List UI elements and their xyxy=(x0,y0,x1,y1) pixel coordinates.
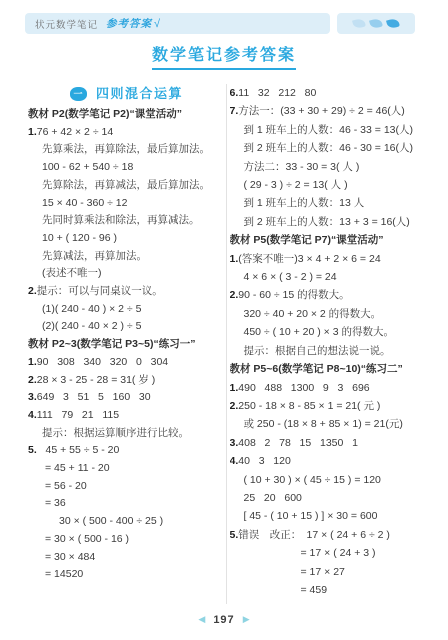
answer-line: 320 ÷ 40 + 20 × 2 的得数大。 xyxy=(230,305,427,323)
leaf-icon xyxy=(352,18,366,30)
answer-line-text: 490 488 1300 9 3 696 xyxy=(238,382,369,394)
answer-line-text: 教材 P5~6(数学笔记 P8~10)“练习二” xyxy=(230,363,403,375)
answer-line-text: (1)( 240 - 40 ) × 2 ÷ 5 xyxy=(42,303,141,315)
right-column-lines: 6.11 32 212 807.方法一：(33 + 30 + 29) ÷ 2 =… xyxy=(230,84,427,599)
answer-line: 到 1 班车上的人数：46 - 33 = 13(人) xyxy=(230,121,427,139)
answer-line-number: 3. xyxy=(230,437,239,449)
answer-line-number: 1. xyxy=(28,356,37,368)
answer-line-number: 6. xyxy=(230,87,239,99)
answer-line-number: 7. xyxy=(230,105,239,117)
answer-line-text: = 30 × 484 xyxy=(45,551,95,563)
section-header: 一 四则混合运算 xyxy=(28,84,225,104)
page-number: 197 xyxy=(213,614,234,626)
leaf-icon xyxy=(386,18,400,30)
answer-line-number: 5. xyxy=(28,444,37,456)
answer-line: 15 × 40 - 360 ÷ 12 xyxy=(28,195,225,213)
column-divider xyxy=(226,84,227,604)
answer-line-text: 提示：根据运算顺序进行比较。 xyxy=(42,427,189,439)
answer-line: = 56 - 20 xyxy=(28,478,225,496)
answer-line: 2.提示：可以与同桌议一议。 xyxy=(28,283,225,301)
answer-line: 450 ÷ ( 10 + 20 ) × 3 的得数大。 xyxy=(230,323,427,341)
section-one-icon: 一 xyxy=(70,87,87,101)
answer-line: = 45 + 11 - 20 xyxy=(28,460,225,478)
answer-line: 教材 P5(数学笔记 P7)“课堂活动” xyxy=(230,231,427,249)
answer-line: 到 2 班车上的人数：46 - 30 = 16(人) xyxy=(230,139,427,157)
answer-line-text: ( 10 + 30 ) × ( 45 ÷ 15 ) = 120 xyxy=(244,474,381,486)
page-title: 数学笔记参考答案 xyxy=(152,42,296,70)
answer-line-text: ( 29 - 3 ) ÷ 2 = 13( 人 ) xyxy=(244,179,348,191)
answer-line: 到 2 班车上的人数：13 + 3 = 16(人) xyxy=(230,213,427,231)
answer-line-number: 2. xyxy=(230,289,239,301)
answer-line-text: 先同时算乘法和除法，再算减法。 xyxy=(42,214,200,226)
answer-line: = 30 × 484 xyxy=(28,549,225,567)
answer-line-text: 提示：可以与同桌议一议。 xyxy=(37,285,163,297)
answer-line: 先算乘法，再算除法，最后算加法。 xyxy=(28,141,225,159)
answer-line: 先算除法，再算减法，最后算加法。 xyxy=(28,177,225,195)
answer-line: 5. 45 + 55 ÷ 5 - 20 xyxy=(28,442,225,460)
answer-line: 2.250 - 18 × 8 - 85 × 1 = 21( 元 ) xyxy=(230,397,427,415)
answer-line-text: 方法二：33 - 30 = 3( 人 ) xyxy=(244,161,360,173)
answer-line: 1.(答案不唯一)3 × 4 + 2 × 6 = 24 xyxy=(230,250,427,268)
header-band: 状元数学笔记 参考答案 √ xyxy=(25,13,330,34)
answer-line-text: 40 3 120 xyxy=(238,455,291,467)
answer-line-text: 先算除法，再算减法，最后算加法。 xyxy=(42,179,210,191)
answer-line-text: = 14520 xyxy=(45,568,83,580)
answer-line: 3.408 2 78 15 1350 1 xyxy=(230,434,427,452)
prev-page-icon[interactable]: ◀ xyxy=(198,614,205,624)
answer-line-number: 1. xyxy=(230,382,239,394)
answer-line-text: 或 250 - (18 × 8 + 85 × 1) = 21(元) xyxy=(244,418,403,430)
answer-line: 1.90 308 340 320 0 304 xyxy=(28,354,225,372)
answer-line-text: 15 × 40 - 360 ÷ 12 xyxy=(42,197,127,209)
answer-line-text: 250 - 18 × 8 - 85 × 1 = 21( 元 ) xyxy=(238,400,380,412)
answer-line: 教材 P2~3(数学笔记 P3~5)“练习一” xyxy=(28,336,225,354)
answers-content: 一 四则混合运算 教材 P2(数学笔记 P2)“课堂活动”1.76 + 42 ×… xyxy=(28,84,426,604)
next-page-icon[interactable]: ▶ xyxy=(243,614,250,624)
answer-line-number: 4. xyxy=(28,409,37,421)
answer-line: 教材 P5~6(数学笔记 P8~10)“练习二” xyxy=(230,360,427,378)
answer-line-text: 先算乘法，再算除法，最后算加法。 xyxy=(42,143,210,155)
left-column-lines: 教材 P2(数学笔记 P2)“课堂活动”1.76 + 42 × 2 ÷ 14先算… xyxy=(28,106,225,584)
answer-line: (1)( 240 - 40 ) × 2 ÷ 5 xyxy=(28,301,225,319)
answer-line-text: 教材 P2~3(数学笔记 P3~5)“练习一” xyxy=(28,338,195,350)
answer-line-text: 错误 改正： 17 × ( 24 + 6 ÷ 2 ) xyxy=(238,529,390,541)
answer-line-text: 450 ÷ ( 10 + 20 ) × 3 的得数大。 xyxy=(244,326,395,338)
answer-line-number: 2. xyxy=(230,400,239,412)
answer-line-number: 5. xyxy=(230,529,239,541)
answer-line: = 30 × ( 500 - 16 ) xyxy=(28,531,225,549)
answer-line: 提示：根据自己的想法说一说。 xyxy=(230,342,427,360)
page-nav: ◀ 197 ▶ xyxy=(0,614,448,626)
answer-line: 教材 P2(数学笔记 P2)“课堂活动” xyxy=(28,106,225,124)
answer-line-text: (2)( 240 - 40 × 2 ) ÷ 5 xyxy=(42,320,141,332)
answer-line-text: 111 79 21 115 xyxy=(37,409,119,421)
answer-line: 100 - 62 + 540 ÷ 18 xyxy=(28,159,225,177)
answer-line: = 459 xyxy=(230,581,427,599)
answer-line-text: 11 32 212 80 xyxy=(238,87,316,99)
answer-line: = 36 xyxy=(28,495,225,513)
answer-line: 1.490 488 1300 9 3 696 xyxy=(230,379,427,397)
leaf-icon xyxy=(369,18,383,30)
answer-line-text: 4 × 6 × ( 3 - 2 ) = 24 xyxy=(244,271,337,283)
answer-line: 1.76 + 42 × 2 ÷ 14 xyxy=(28,124,225,142)
answer-line-text: 25 20 600 xyxy=(244,492,302,504)
answer-line-text: = 459 xyxy=(301,584,328,596)
top-bar: 状元数学笔记 参考答案 √ xyxy=(25,13,415,34)
answer-line-text: 30 × ( 500 - 400 ÷ 25 ) xyxy=(59,515,163,527)
answer-line-text: 28 × 3 - 25 - 28 = 31( 岁 ) xyxy=(37,374,155,386)
answer-line-text: 到 1 班车上的人数：46 - 33 = 13(人) xyxy=(244,124,414,136)
answer-line-text: 到 2 班车上的人数：13 + 3 = 16(人) xyxy=(244,216,410,228)
answer-line-text: 100 - 62 + 540 ÷ 18 xyxy=(42,161,133,173)
answer-line-text: 教材 P2(数学笔记 P2)“课堂活动” xyxy=(28,108,182,120)
answer-line-text: = 17 × ( 24 + 3 ) xyxy=(301,547,376,559)
answer-line-text: 到 1 班车上的人数：13 人 xyxy=(244,197,365,209)
answer-line: (表述不唯一) xyxy=(28,265,225,283)
answer-line: 先算减法，再算加法。 xyxy=(28,248,225,266)
answer-line-text: 90 308 340 320 0 304 xyxy=(37,356,168,368)
answer-line-text: (答案不唯一)3 × 4 + 2 × 6 = 24 xyxy=(238,253,380,265)
answer-line-number: 4. xyxy=(230,455,239,467)
answer-line-text: 教材 P5(数学笔记 P7)“课堂活动” xyxy=(230,234,384,246)
answer-line-text: 到 2 班车上的人数：46 - 30 = 16(人) xyxy=(244,142,414,154)
answer-line-text: 45 + 55 ÷ 5 - 20 xyxy=(37,444,120,456)
section-title: 四则混合运算 xyxy=(96,86,183,101)
header-answers-label: 参考答案 xyxy=(106,16,152,31)
answer-line-text: = 30 × ( 500 - 16 ) xyxy=(45,533,129,545)
answer-line: 3.649 3 51 5 160 30 xyxy=(28,389,225,407)
leaves-badge xyxy=(337,13,415,34)
answer-line-number: 1. xyxy=(230,253,239,265)
left-column: 一 四则混合运算 教材 P2(数学笔记 P2)“课堂活动”1.76 + 42 ×… xyxy=(28,84,225,604)
answer-line-text: 10 + ( 120 - 96 ) xyxy=(42,232,117,244)
answer-line: = 14520 xyxy=(28,566,225,584)
answer-line-number: 2. xyxy=(28,374,37,386)
answer-line-text: 76 + 42 × 2 ÷ 14 xyxy=(37,126,113,138)
answer-line-text: 90 - 60 ÷ 15 的得数大。 xyxy=(238,289,349,301)
answer-line: 6.11 32 212 80 xyxy=(230,84,427,102)
answer-line-text: 提示：根据自己的想法说一说。 xyxy=(244,345,391,357)
answer-line: (2)( 240 - 40 × 2 ) ÷ 5 xyxy=(28,318,225,336)
answer-line: 方法二：33 - 30 = 3( 人 ) xyxy=(230,158,427,176)
answer-line: ( 10 + 30 ) × ( 45 ÷ 15 ) = 120 xyxy=(230,471,427,489)
answer-line: 4 × 6 × ( 3 - 2 ) = 24 xyxy=(230,268,427,286)
check-mark-icon: √ xyxy=(154,18,160,30)
answer-line: 到 1 班车上的人数：13 人 xyxy=(230,194,427,212)
answer-line: [ 45 - ( 10 + 15 ) ] × 30 = 600 xyxy=(230,507,427,525)
answer-line: 2.90 - 60 ÷ 15 的得数大。 xyxy=(230,286,427,304)
answer-line-text: 先算减法，再算加法。 xyxy=(42,250,147,262)
answer-line: ( 29 - 3 ) ÷ 2 = 13( 人 ) xyxy=(230,176,427,194)
answer-line: 30 × ( 500 - 400 ÷ 25 ) xyxy=(28,513,225,531)
right-column: 6.11 32 212 807.方法一：(33 + 30 + 29) ÷ 2 =… xyxy=(230,84,427,604)
brand-text: 状元数学笔记 xyxy=(35,17,98,31)
answer-line-number: 1. xyxy=(28,126,37,138)
answer-line-text: = 56 - 20 xyxy=(45,480,87,492)
answer-line: 10 + ( 120 - 96 ) xyxy=(28,230,225,248)
answer-line: 5.错误 改正： 17 × ( 24 + 6 ÷ 2 ) xyxy=(230,526,427,544)
answer-line-number: 2. xyxy=(28,285,37,297)
answer-line-text: = 45 + 11 - 20 xyxy=(45,462,110,474)
answer-line-text: [ 45 - ( 10 + 15 ) ] × 30 = 600 xyxy=(244,510,378,522)
answer-line-text: = 36 xyxy=(45,497,66,509)
answer-line-text: (表述不唯一) xyxy=(42,267,102,279)
answer-line: = 17 × ( 24 + 3 ) xyxy=(230,544,427,562)
answer-line-text: 408 2 78 15 1350 1 xyxy=(238,437,358,449)
answer-line: 或 250 - (18 × 8 + 85 × 1) = 21(元) xyxy=(230,415,427,433)
answer-line-number: 3. xyxy=(28,391,37,403)
answer-line-text: 320 ÷ 40 + 20 × 2 的得数大。 xyxy=(244,308,382,320)
answer-line: 4.40 3 120 xyxy=(230,452,427,470)
answer-line: = 17 × 27 xyxy=(230,563,427,581)
answer-line: 2.28 × 3 - 25 - 28 = 31( 岁 ) xyxy=(28,372,225,390)
answer-line: 先同时算乘法和除法，再算减法。 xyxy=(28,212,225,230)
answer-line: 25 20 600 xyxy=(230,489,427,507)
answer-line-text: 方法一：(33 + 30 + 29) ÷ 2 = 46(人) xyxy=(238,105,405,117)
answer-line: 提示：根据运算顺序进行比较。 xyxy=(28,425,225,443)
answer-line: 4.111 79 21 115 xyxy=(28,407,225,425)
answer-line-text: 649 3 51 5 160 30 xyxy=(37,391,151,403)
answer-line-text: = 17 × 27 xyxy=(301,566,345,578)
answer-line: 7.方法一：(33 + 30 + 29) ÷ 2 = 46(人) xyxy=(230,102,427,120)
